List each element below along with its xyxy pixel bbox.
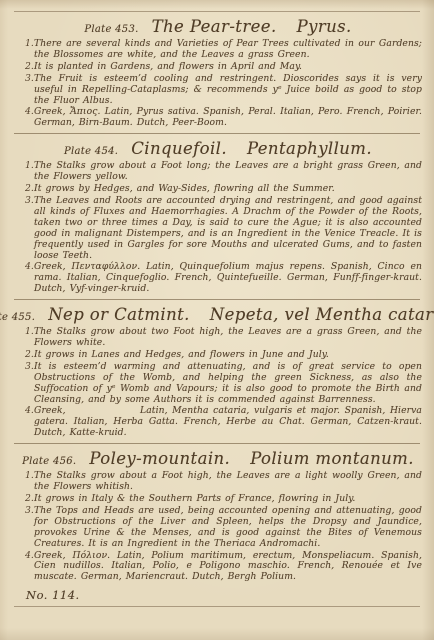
item-number: 2. [14,184,34,195]
plate-entry-cinquefoil: Plate 454. Cinquefoil. Pentaphyllum. 1. … [14,139,422,295]
entry-title-english: Poley-mountain. [89,449,230,468]
item-number: 2. [14,350,34,361]
page-bottom-rule [14,606,420,607]
entry-item: 3. It is esteem’d warming and attenuatin… [14,362,422,406]
item-number: 3. [14,74,34,107]
section-divider [14,299,420,300]
item-text: Greek, Latin, Mentha cataria, vulgaris e… [34,406,422,439]
entry-title-latin: Polium montanum. [250,449,414,468]
item-text: The Stalks grow about a Foot long; the L… [34,161,422,183]
section-divider [14,443,420,444]
entry-item: 3. The Fruit is esteem’d cooling and res… [14,74,422,107]
item-text: Greek, Πενταφύλλον. Latin, Quinquefolium… [34,262,422,295]
entry-title-english: Nep or Catmint. [48,305,190,324]
entry-item: 4. Greek, Πόλιον. Latin, Polium maritimu… [14,551,422,584]
page-content: Plate 453. The Pear-tree. Pyrus. 1. Ther… [14,8,422,607]
item-number: 4. [14,406,34,439]
item-text: Greek, Πόλιον. Latin, Polium maritimum, … [34,551,422,584]
entry-item: 3. The Tops and Heads are used, being ac… [14,506,422,550]
item-number: 2. [14,494,34,505]
entry-item: 2. It grows in Lanes and Hedges, and flo… [14,350,422,361]
entry-heading: Plate 456. Poley-mountain. Polium montan… [14,449,422,468]
item-number: 4. [14,107,34,129]
entry-item: 1. The Stalks grow about a Foot long; th… [14,161,422,183]
item-text: The Stalks grow about a Foot high, the L… [34,471,422,493]
entry-item: 1. The Stalks grow about two Foot high, … [14,327,422,349]
item-number: 1. [14,471,34,493]
entry-title-latin: Nepeta, vel Mentha cataria. [210,305,434,324]
plate-number: Plate 453. [84,24,138,35]
item-number: 1. [14,327,34,349]
entry-title-english: Cinquefoil. [131,139,227,158]
entry-item: 1. There are several kinds and Varieties… [14,39,422,61]
plate-entry-catmint: Plate 455. Nep or Catmint. Nepeta, vel M… [14,305,422,439]
section-divider [14,133,420,134]
entry-item: 1. The Stalks grow about a Foot high, th… [14,471,422,493]
item-text: It grows by Hedges, and Way-Sides, flowr… [34,184,422,195]
item-number: 4. [14,262,34,295]
item-text: The Leaves and Roots are accounted dryin… [34,196,422,261]
item-text: It is esteem’d warming and attenuating, … [34,362,422,406]
item-text: The Stalks grow about two Foot high, the… [34,327,422,349]
item-number: 4. [14,551,34,584]
entry-title-latin: Pyrus. [297,17,352,36]
page-number-label: No. 114. [26,588,422,602]
scanned-book-page: Plate 453. The Pear-tree. Pyrus. 1. Ther… [0,0,434,640]
item-text: It is planted in Gardens, and flowers in… [34,62,422,73]
plate-number: Plate 455. [0,312,35,323]
item-text: There are several kinds and Varieties of… [34,39,422,61]
entry-item: 4. Greek, Ἄπιος. Latin, Pyrus sativa. Sp… [14,107,422,129]
item-text: It grows in Italy & the Southern Parts o… [34,494,422,505]
entry-heading: Plate 455. Nep or Catmint. Nepeta, vel M… [14,305,422,324]
item-number: 3. [14,506,34,550]
entry-item: 4. Greek, Πενταφύλλον. Latin, Quinquefol… [14,262,422,295]
item-text: It grows in Lanes and Hedges, and flower… [34,350,422,361]
item-text: The Fruit is esteem’d cooling and restri… [34,74,422,107]
entry-item: 2. It is planted in Gardens, and flowers… [14,62,422,73]
entry-heading: Plate 453. The Pear-tree. Pyrus. [14,17,422,36]
item-number: 2. [14,62,34,73]
plate-entry-pear-tree: Plate 453. The Pear-tree. Pyrus. 1. Ther… [14,17,422,129]
item-number: 3. [14,362,34,406]
entry-item: 3. The Leaves and Roots are accounted dr… [14,196,422,261]
item-number: 3. [14,196,34,261]
item-text: Greek, Ἄπιος. Latin, Pyrus sativa. Spani… [34,107,422,129]
item-number: 1. [14,161,34,183]
entry-title-english: The Pear-tree. [152,17,277,36]
plate-number: Plate 456. [22,456,76,467]
entry-item: 4. Greek, Latin, Mentha cataria, vulgari… [14,406,422,439]
entry-item: 2. It grows in Italy & the Southern Part… [14,494,422,505]
item-text: The Tops and Heads are used, being accou… [34,506,422,550]
plate-number: Plate 454. [64,146,118,157]
entry-heading: Plate 454. Cinquefoil. Pentaphyllum. [14,139,422,158]
entry-title-latin: Pentaphyllum. [247,139,372,158]
plate-entry-poley-mountain: Plate 456. Poley-mountain. Polium montan… [14,449,422,583]
item-number: 1. [14,39,34,61]
page-top-rule [14,11,420,12]
entry-item: 2. It grows by Hedges, and Way-Sides, fl… [14,184,422,195]
